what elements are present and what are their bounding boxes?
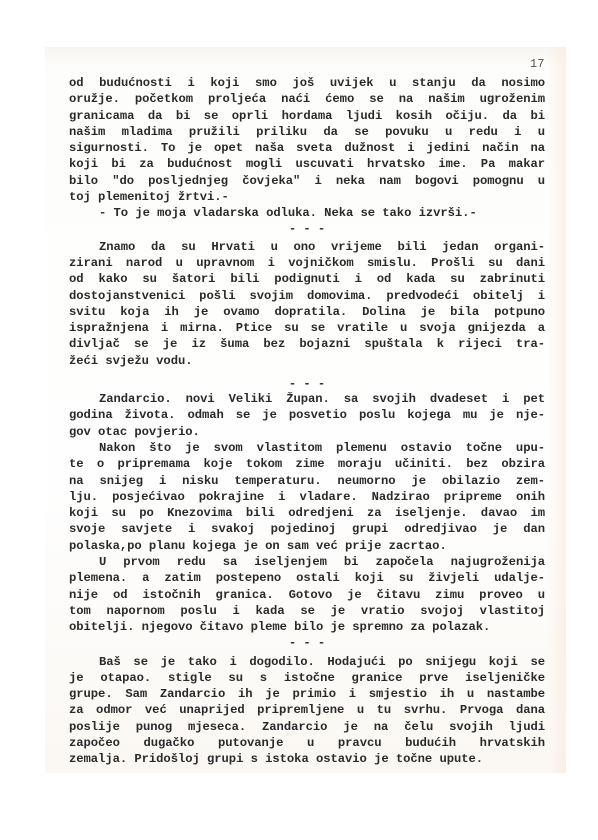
text-line: plemena. a zatim postepeno ostali koji s… — [69, 570, 545, 586]
text-line: ispražnjena i mirna. Ptice su se vratile… — [69, 320, 545, 336]
text-line: zirani narod u upravnom i vojničkom smis… — [69, 255, 545, 271]
text-line: Znamo da su Hrvati u ono vrijeme bili je… — [69, 239, 545, 255]
text-line: koji bi za budućnost mogli uscuvati hrva… — [69, 156, 545, 172]
text-line: je otapao. stigle su s istočne granice p… — [69, 670, 545, 686]
text-line: sigurnosti. To je opet naša sveta dužnos… — [69, 140, 545, 156]
text-line: od kako su šatori bili podignuti i od ka… — [69, 271, 545, 287]
paragraph-decree: - To je moja vladarska odluka. Neka se t… — [69, 205, 545, 221]
page-number: 17 — [530, 57, 544, 71]
text-line: granicama da bi se oprli hordama ljudi k… — [69, 108, 545, 124]
text-line: na snijeg i nisku temperaturu. neumorno … — [69, 473, 545, 489]
text-line: započeo dugačko putovanje u pravcu buduć… — [69, 735, 545, 751]
text-line: U prvom redu sa iseljenjem bi započela n… — [69, 554, 545, 570]
text-line: nije od istočnih granica. Gotovo je čita… — [69, 587, 545, 603]
text-line: svitu koja ih je ovamo dopratila. Dolina… — [69, 304, 545, 320]
text-line: svoje savjete i svakoj pojedinoj grupi o… — [69, 521, 545, 537]
text-line: divljač se je iz šuma bez bojazni spušta… — [69, 336, 545, 352]
text-line: bilo "do posljednjeg čovjeka" i neka nam… — [69, 173, 545, 189]
text-line: toj plemenitoj žrtvi.- — [69, 189, 545, 205]
text-line: polaska,po planu kojega je on sam već pr… — [69, 538, 545, 554]
paragraph: Baš se je tako i dogodilo. Hodajući po s… — [69, 654, 545, 768]
text-line: koji su po Knezovima bili odredjeni za i… — [69, 505, 545, 521]
section-separator: - - - — [69, 636, 545, 650]
paragraph: U prvom redu sa iseljenjem bi započela n… — [69, 554, 545, 635]
text-line: tom napornom poslu i kada se je vratio s… — [69, 603, 545, 619]
paragraph: Znamo da su Hrvati u ono vrijeme bili je… — [69, 239, 545, 369]
paragraph: od budućnosti i koji smo još uvijek u st… — [69, 75, 545, 205]
text-line: gov otac povjerio. — [69, 424, 545, 440]
text-line: godina života. odmah se je posvetio posl… — [69, 407, 545, 423]
text-line: od budućnosti i koji smo još uvijek u st… — [69, 75, 545, 91]
text-line: za odmor već unaprijed pripremljene u tu… — [69, 702, 545, 718]
section-separator: - - - — [69, 222, 545, 236]
text-line: - To je moja vladarska odluka. Neka se t… — [69, 205, 545, 221]
text-line: dostojanstvenici pošli svojim domovima. … — [69, 288, 545, 304]
text-line: lju. posjećivao pokrajine i vladare. Nad… — [69, 489, 545, 505]
text-line: grupe. Sam Zandarcio ih je primio i smje… — [69, 686, 545, 702]
section-separator: - - - — [69, 377, 545, 391]
text-line: žeći svježu vodu. — [69, 353, 545, 369]
text-line: Zandarcio. novi Veliki Župan. sa svojih … — [69, 391, 545, 407]
text-line: Baš se je tako i dogodilo. Hodajući po s… — [69, 654, 545, 670]
paragraph: Zandarcio. novi Veliki Župan. sa svojih … — [69, 391, 545, 440]
paragraph: Nakon što je svom vlastitom plemenu osta… — [69, 440, 545, 554]
text-line: oružje. početkom proljeća naći ćemo se n… — [69, 91, 545, 107]
text-line: te o pripremama koje tokom zime moraju u… — [69, 456, 545, 472]
page-body: od budućnosti i koji smo još uvijek u st… — [69, 75, 545, 768]
text-line: poslije punog mjeseca. Zandarcio je na č… — [69, 719, 545, 735]
text-line: zemalja. Pridošloj grupi s istoka ostavi… — [69, 751, 545, 767]
text-line: obitelji. njegovo čitavo pleme bilo je s… — [69, 619, 545, 635]
text-line: Nakon što je svom vlastitom plemenu osta… — [69, 440, 545, 456]
text-line: našim mladima pružili priliku da se povu… — [69, 124, 545, 140]
